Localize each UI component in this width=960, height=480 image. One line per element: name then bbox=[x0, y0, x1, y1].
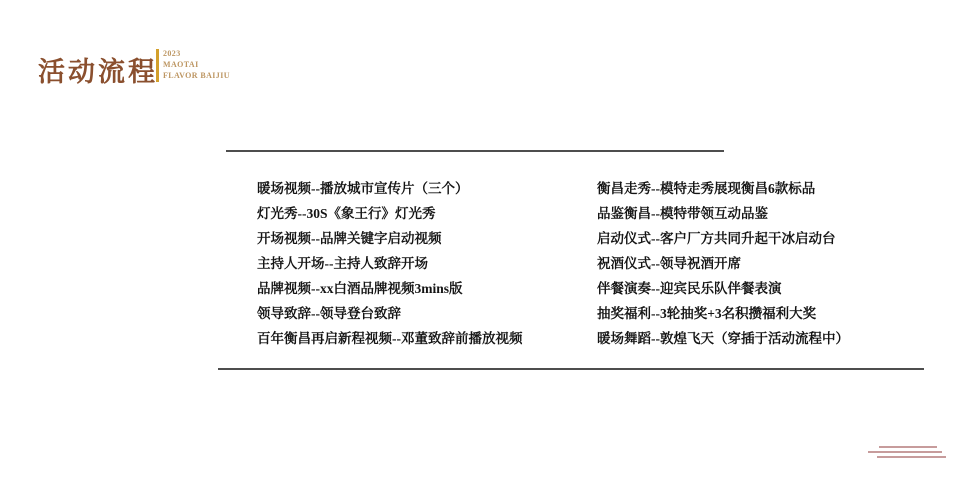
program-item: 祝酒仪式--领导祝酒开席 bbox=[597, 251, 849, 276]
program-item: 暖场舞蹈--敦煌飞天（穿插于活动流程中） bbox=[597, 326, 849, 351]
content-top-rule bbox=[226, 150, 724, 152]
program-item: 抽奖福利--3轮抽奖+3名积攒福利大奖 bbox=[597, 301, 849, 326]
deco-line-top bbox=[879, 446, 937, 448]
program-item: 品牌视频--xx白酒品牌视频3mins版 bbox=[257, 276, 523, 301]
title-divider-bar bbox=[156, 49, 159, 82]
deco-line-bottom bbox=[877, 456, 946, 458]
program-item: 伴餐演奏--迎宾民乐队伴餐表演 bbox=[597, 276, 849, 301]
program-item: 灯光秀--30S《象王行》灯光秀 bbox=[257, 201, 523, 226]
tagline-brand: MAOTAI bbox=[163, 59, 230, 70]
program-item: 启动仪式--客户厂方共同升起干冰启动台 bbox=[597, 226, 849, 251]
program-item: 百年衡昌再启新程视频--邓董致辞前播放视频 bbox=[257, 326, 523, 351]
tagline-product: FLAVOR BAIJIU bbox=[163, 70, 230, 81]
program-column-right: 衡昌走秀--模特走秀展现衡昌6款标品 品鉴衡昌--模特带领互动品鉴 启动仪式--… bbox=[597, 176, 849, 351]
program-column-left: 暖场视频--播放城市宣传片（三个） 灯光秀--30S《象王行》灯光秀 开场视频-… bbox=[257, 176, 523, 351]
program-item: 领导致辞--领导登台致辞 bbox=[257, 301, 523, 326]
page-title: 活动流程 bbox=[38, 50, 158, 89]
program-item: 暖场视频--播放城市宣传片（三个） bbox=[257, 176, 523, 201]
title-tagline: 2023 MAOTAI FLAVOR BAIJIU bbox=[163, 48, 230, 81]
slide-canvas: 活动流程 2023 MAOTAI FLAVOR BAIJIU 暖场视频--播放城… bbox=[0, 0, 960, 480]
program-item: 品鉴衡昌--模特带领互动品鉴 bbox=[597, 201, 849, 226]
program-item: 开场视频--品牌关键字启动视频 bbox=[257, 226, 523, 251]
program-item: 衡昌走秀--模特走秀展现衡昌6款标品 bbox=[597, 176, 849, 201]
deco-line-middle bbox=[868, 451, 942, 453]
content-bottom-rule bbox=[218, 368, 924, 370]
tagline-year: 2023 bbox=[163, 48, 230, 59]
program-item: 主持人开场--主持人致辞开场 bbox=[257, 251, 523, 276]
